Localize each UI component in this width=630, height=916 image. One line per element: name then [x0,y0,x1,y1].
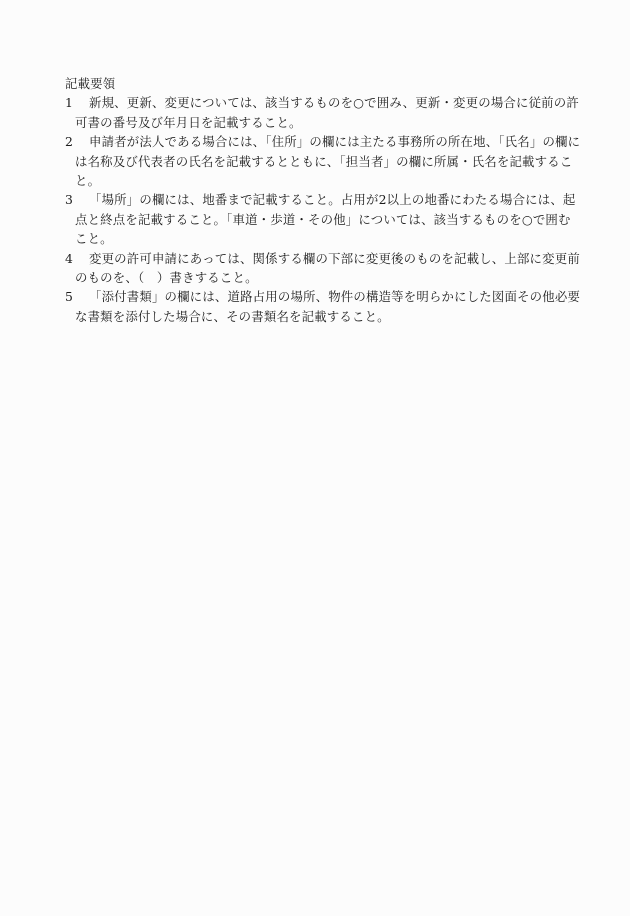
item-2-line-1: 2申請者が法人である場合には、「住所」の欄には主たる事務所の所在地、「氏名」の欄… [65,132,573,151]
item-3-line-3: こと。 [65,229,573,248]
document-title: 記載要領 [65,74,573,93]
item-5-text: 「添付書類」の欄には、道路占用の場所、物件の構造等を明らかにした図面その他必要 [89,287,580,306]
item-4-text: 変更の許可申請にあっては、関係する欄の下部に変更後のものを記載し、上部に変更前 [89,249,580,268]
item-3-number: 3 [65,190,89,209]
item-3-text: 「場所」の欄には、地番まで記載すること。占用が2以上の地番にわたる場合には、起 [89,190,576,209]
guideline-item-2: 2申請者が法人である場合には、「住所」の欄には主たる事務所の所在地、「氏名」の欄… [65,132,573,190]
item-1-number: 1 [65,93,89,112]
guideline-item-3: 3「場所」の欄には、地番まで記載すること。占用が2以上の地番にわたる場合には、起… [65,190,573,248]
item-3-line-2: 点と終点を記載すること。「車道・歩道・その他」については、該当するものを○で囲む [65,210,573,229]
item-5-line-1: 5「添付書類」の欄には、道路占用の場所、物件の構造等を明らかにした図面その他必要 [65,287,573,306]
item-2-line-3: と。 [65,171,573,190]
document-content: 記載要領 1新規、更新、変更については、該当するものを○で囲み、更新・変更の場合… [65,74,573,326]
guideline-item-4: 4変更の許可申請にあっては、関係する欄の下部に変更後のものを記載し、上部に変更前… [65,249,573,288]
item-4-number: 4 [65,249,89,268]
item-5-line-2: な書類を添付した場合に、その書類名を記載すること。 [65,307,573,326]
item-4-line-2: のものを、（ ）書きすること。 [65,268,573,287]
item-3-line-1: 3「場所」の欄には、地番まで記載すること。占用が2以上の地番にわたる場合には、起 [65,190,573,209]
guideline-item-1: 1新規、更新、変更については、該当するものを○で囲み、更新・変更の場合に従前の許… [65,93,573,132]
item-1-line-1: 1新規、更新、変更については、該当するものを○で囲み、更新・変更の場合に従前の許 [65,93,573,112]
item-2-text: 申請者が法人である場合には、「住所」の欄には主たる事務所の所在地、「氏名」の欄に [89,132,580,151]
item-5-number: 5 [65,287,89,306]
item-1-text: 新規、更新、変更については、該当するものを○で囲み、更新・変更の場合に従前の許 [89,93,579,112]
item-2-number: 2 [65,132,89,151]
item-2-line-2: は名称及び代表者の氏名を記載するとともに、「担当者」の欄に所属・氏名を記載するこ [65,152,573,171]
item-4-line-1: 4変更の許可申請にあっては、関係する欄の下部に変更後のものを記載し、上部に変更前 [65,249,573,268]
document-page: 記載要領 1新規、更新、変更については、該当するものを○で囲み、更新・変更の場合… [0,0,630,916]
item-1-line-2: 可書の番号及び年月日を記載すること。 [65,113,573,132]
guideline-item-5: 5「添付書類」の欄には、道路占用の場所、物件の構造等を明らかにした図面その他必要… [65,287,573,326]
